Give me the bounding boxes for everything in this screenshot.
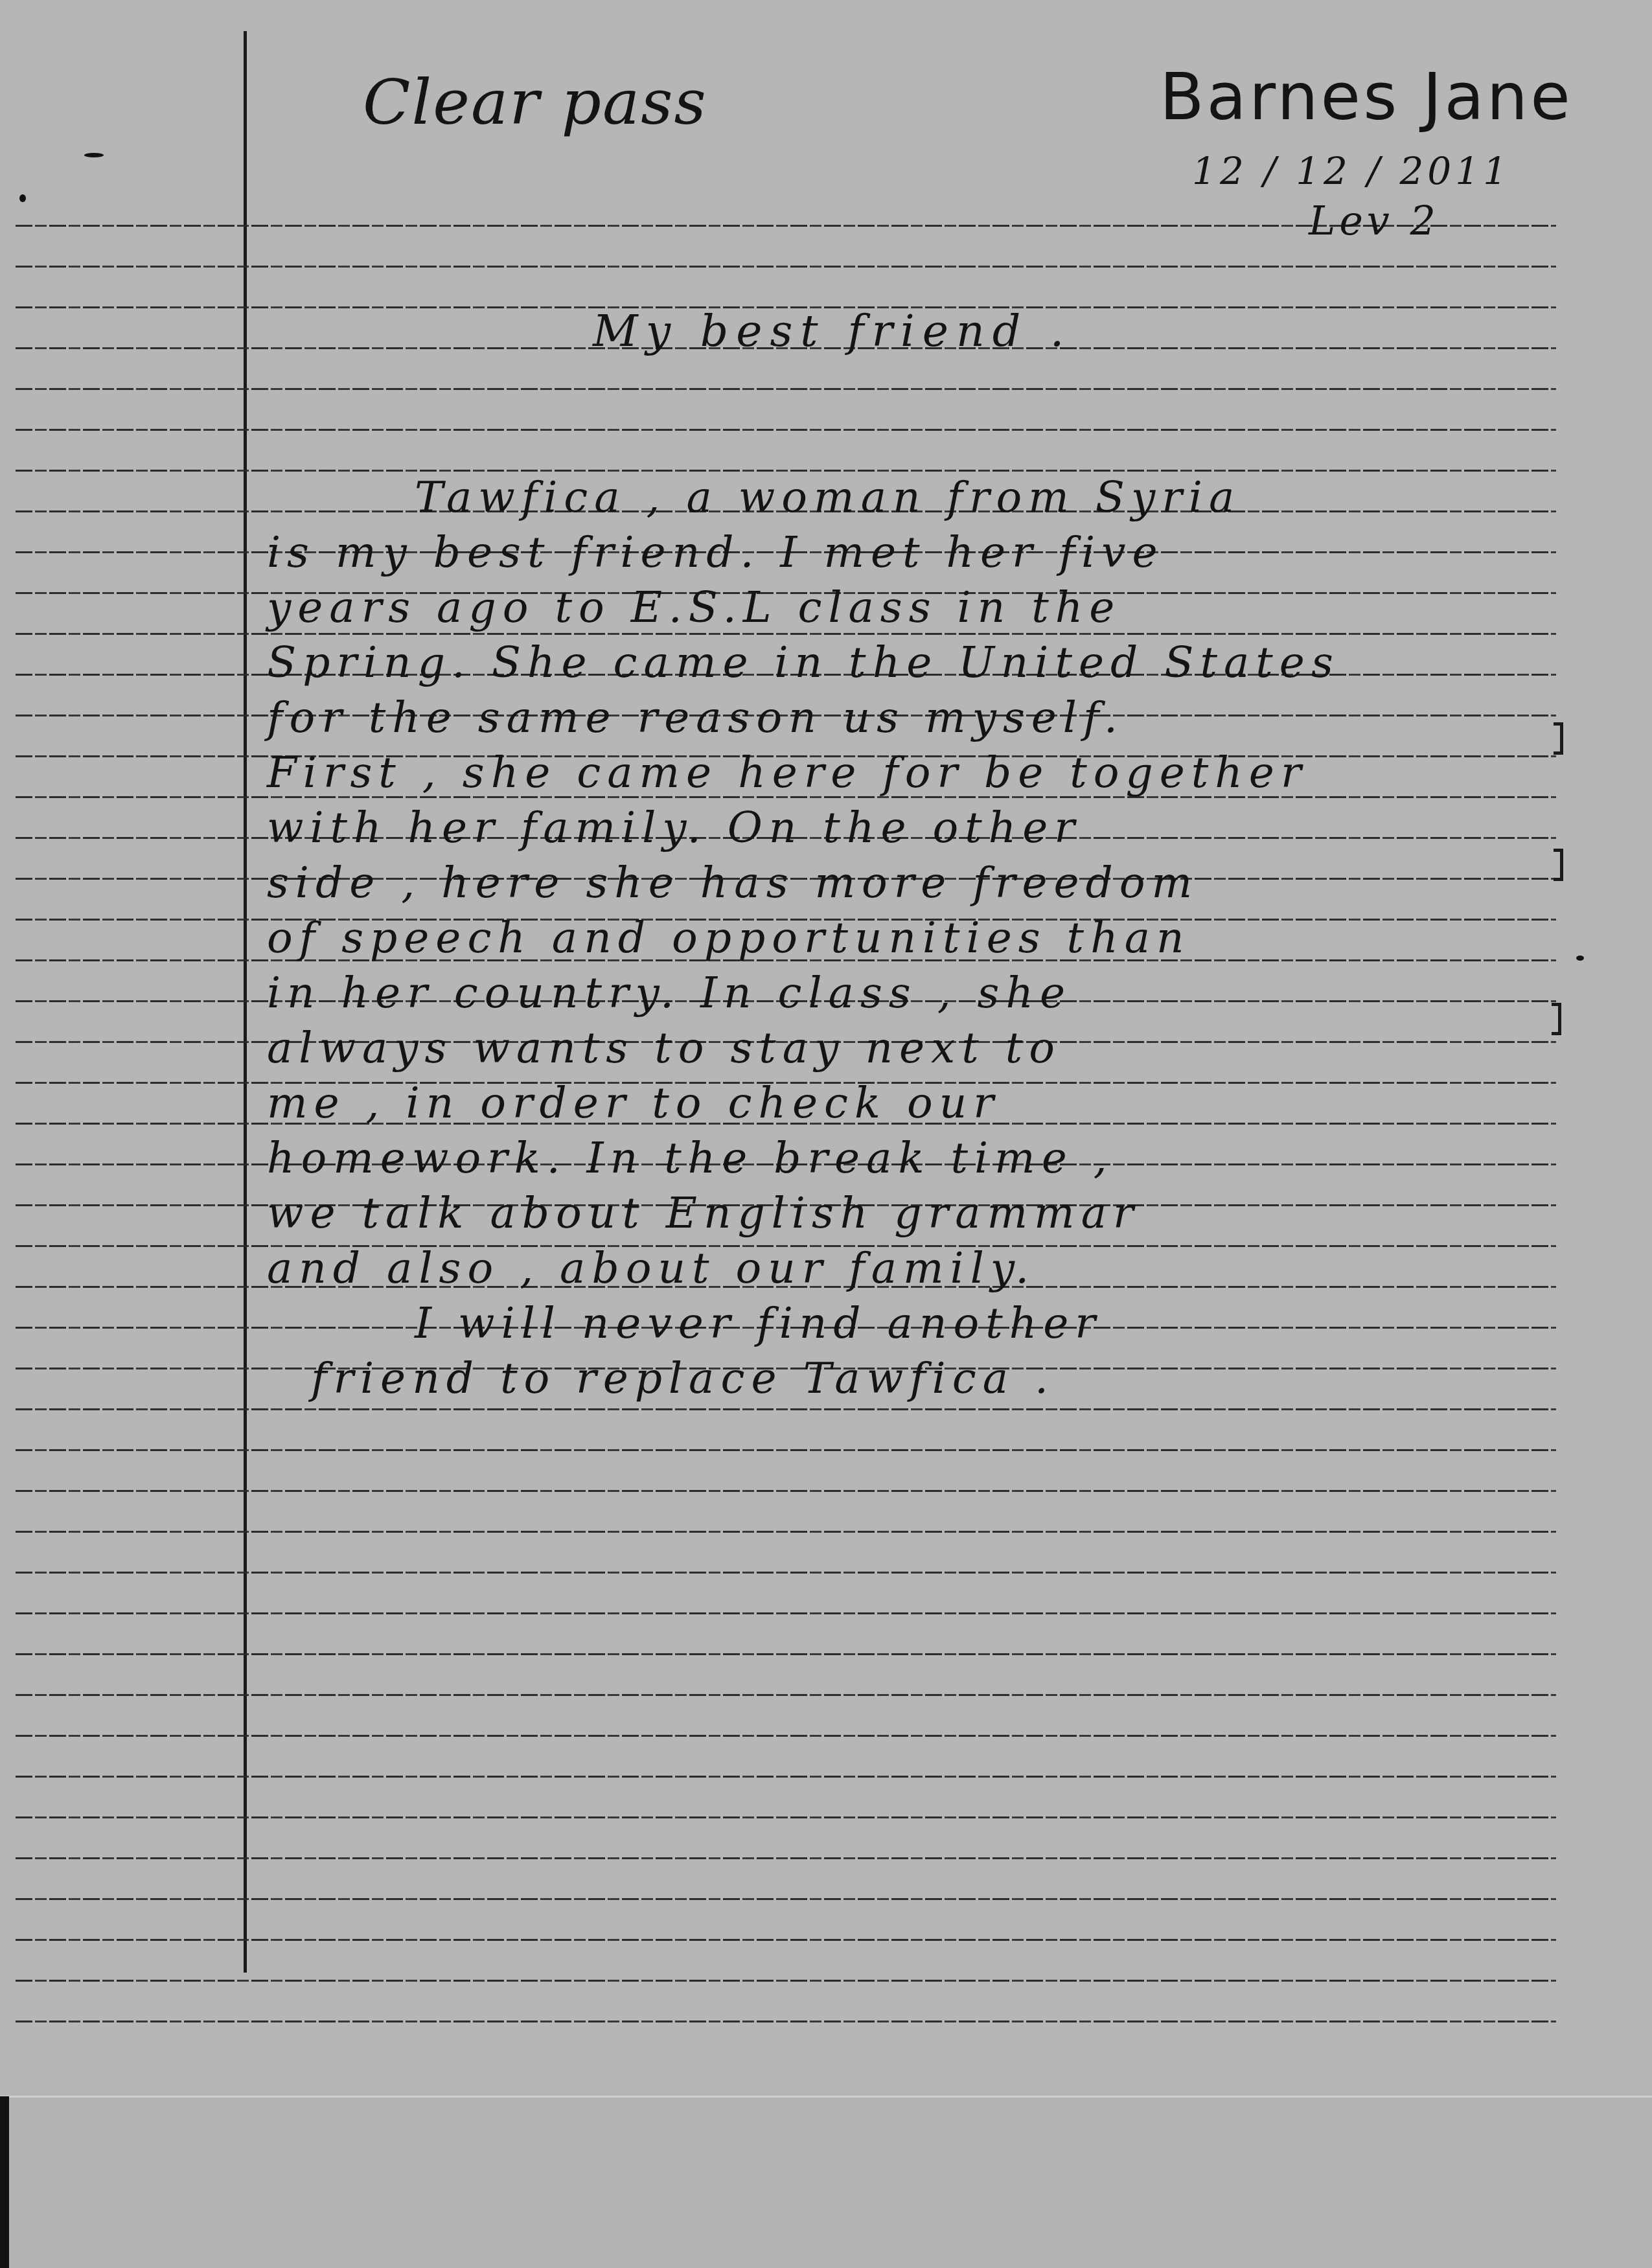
scan-edge <box>0 2096 9 2268</box>
margin-bracket <box>1554 849 1563 881</box>
body-line: Spring. She came in the United States <box>267 641 1340 684</box>
body-line: with her family. On the other <box>267 807 1081 849</box>
body-line: and also , about our family. <box>267 1247 1035 1290</box>
ruled-line <box>16 2021 1556 2022</box>
body-line: is my best friend. I met her five <box>267 531 1164 574</box>
essay-title: My best friend . <box>593 310 1072 354</box>
margin-bracket <box>1554 722 1563 755</box>
ruled-line <box>16 388 1556 390</box>
ruled-line <box>16 1449 1556 1451</box>
ruled-line <box>16 266 1556 268</box>
ruled-line <box>16 1653 1556 1655</box>
ruled-line <box>16 1694 1556 1696</box>
margin-bracket <box>1552 1003 1561 1035</box>
ruled-line <box>16 470 1556 472</box>
body-line: years ago to E.S.L class in the <box>267 586 1121 629</box>
body-line: I will never find another <box>415 1302 1102 1345</box>
ruled-line <box>16 1490 1556 1492</box>
body-line: me , in order to check our <box>267 1082 1000 1125</box>
body-line: homework. In the break time , <box>267 1137 1114 1180</box>
ruled-line <box>16 1816 1556 1818</box>
ruled-line <box>16 1939 1556 1941</box>
student-name: Barnes Jane <box>1160 65 1573 130</box>
ink-speck <box>1576 956 1584 961</box>
ruled-line <box>16 1735 1556 1737</box>
ruled-line <box>16 1572 1556 1574</box>
ruled-line <box>16 1776 1556 1778</box>
body-line: First , she came here for be together <box>267 751 1307 794</box>
date: 12 / 12 / 2011 <box>1192 152 1511 190</box>
ruled-line <box>16 1612 1556 1614</box>
body-line: always wants to stay next to <box>267 1027 1061 1070</box>
body-line: side , here she has more freedom <box>267 862 1199 904</box>
ink-speck <box>84 153 104 157</box>
ruled-line <box>16 1408 1556 1410</box>
ruled-line <box>16 633 1556 635</box>
body-line: Tawfica , a woman from Syria <box>415 476 1241 519</box>
ruled-line <box>16 1898 1556 1900</box>
body-line: we talk about English grammar <box>267 1192 1140 1235</box>
lined-paper-sheet: Clear pass Barnes Jane 12 / 12 / 2011 Le… <box>0 0 1652 2098</box>
body-line: of speech and opportunities than <box>267 917 1191 959</box>
body-line: for the same reason us myself. <box>267 696 1124 739</box>
ruled-line <box>16 429 1556 431</box>
ruled-line <box>16 1531 1556 1533</box>
ruled-line <box>16 1980 1556 1982</box>
body-line: friend to replace Tawfica . <box>311 1357 1055 1400</box>
header-note: Clear pass <box>363 71 707 133</box>
ink-speck <box>19 194 26 202</box>
level: Lev 2 <box>1309 201 1440 241</box>
ruled-line <box>16 1857 1556 1859</box>
body-line: in her country. In class , she <box>267 972 1072 1014</box>
